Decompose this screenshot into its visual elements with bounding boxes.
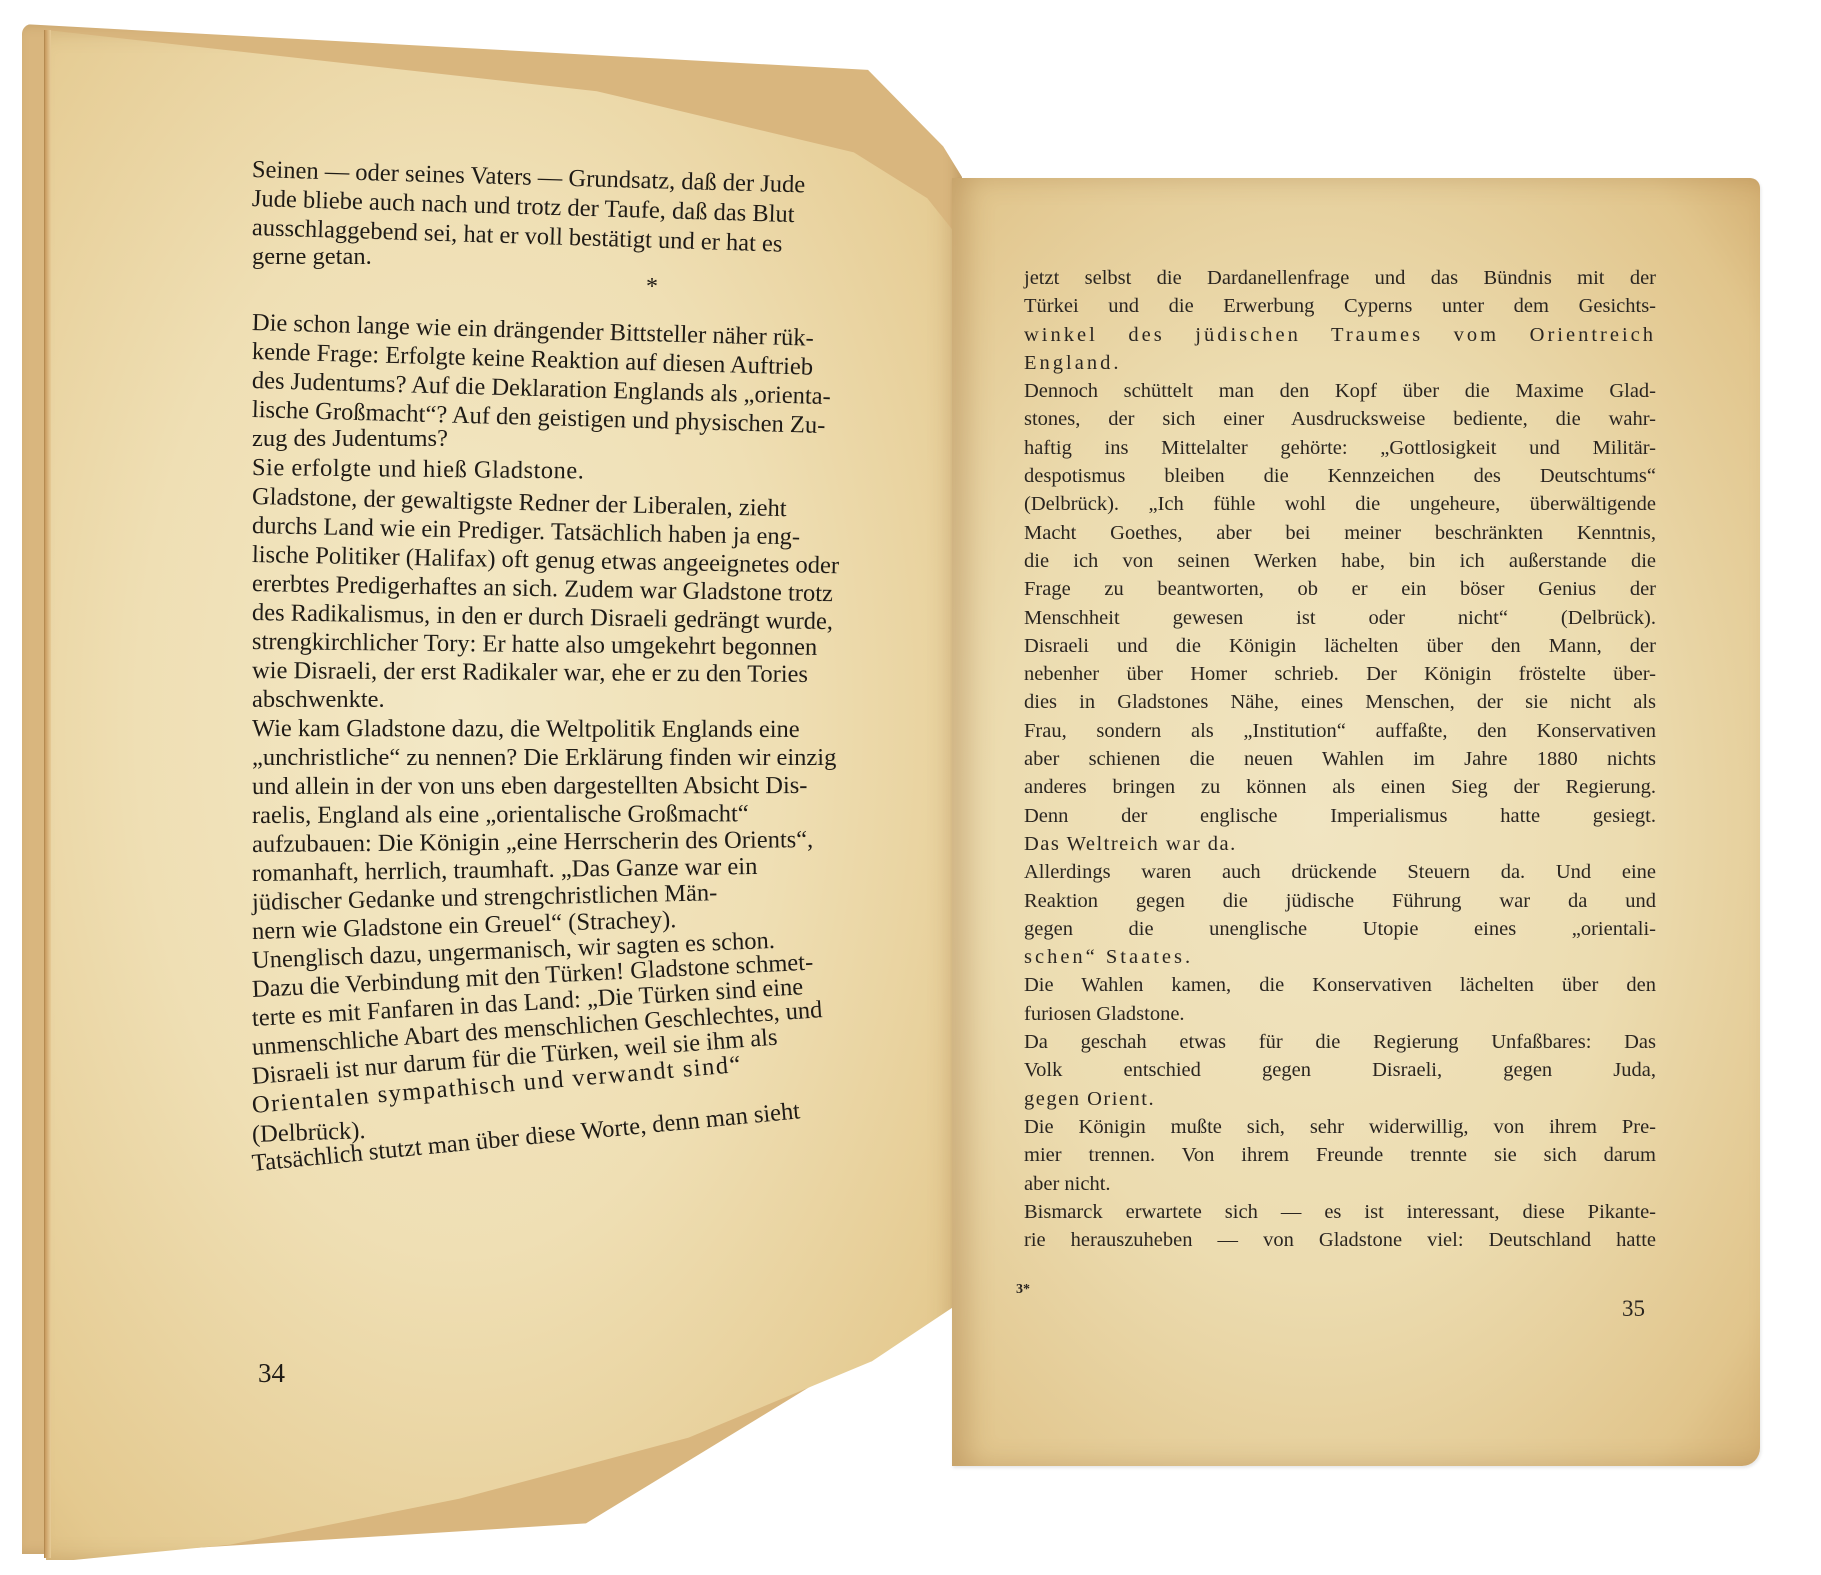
text-line: und allein in der von uns eben dargestel…	[252, 771, 932, 801]
text-line: despotismus bleiben die Kennzeichen des …	[1024, 462, 1656, 490]
text-line: stones, der sich einer Ausdrucksweise be…	[1024, 405, 1656, 433]
text-line: nebenher über Homer schrieb. Der Königin…	[1024, 660, 1656, 688]
text-line: Wie kam Gladstone dazu, die Weltpolitik …	[252, 714, 932, 744]
section-divider-asterisk: *	[252, 273, 932, 302]
text-line: mier trennen. Von ihrem Freunde trennte …	[1024, 1141, 1656, 1169]
text-line: (Delbrück). „Ich fühle wohl die ungeheur…	[1024, 490, 1656, 518]
text-line: furiosen Gladstone.	[1024, 1000, 1656, 1028]
printer-signature-mark: 3*	[1016, 1282, 1030, 1298]
text-line: Denn der englische Imperialismus hatte g…	[1024, 802, 1656, 830]
text-line: jetzt selbst die Dardanellenfrage und da…	[1024, 264, 1656, 292]
text-line: schen“ Staates.	[1024, 943, 1656, 971]
text-line: Reaktion gegen die jüdische Führung war …	[1024, 887, 1656, 915]
text-line: haftig ins Mittelalter gehörte: „Gottlos…	[1024, 434, 1656, 462]
text-line: Frage zu beantworten, ob er ein böser Ge…	[1024, 575, 1656, 603]
text-line: Das Weltreich war da.	[1024, 830, 1656, 858]
text-line: Menschheit gewesen ist oder nicht“ (Delb…	[1024, 604, 1656, 632]
text-line: Die Wahlen kamen, die Konservativen läch…	[1024, 971, 1656, 999]
text-line: Allerdings waren auch drückende Steuern …	[1024, 858, 1656, 886]
text-line: Da geschah etwas für die Regierung Unfaß…	[1024, 1028, 1656, 1056]
text-line: Disraeli und die Königin lächelten über …	[1024, 632, 1656, 660]
text-line: Die Königin mußte sich, sehr widerwillig…	[1024, 1113, 1656, 1141]
page-number-left: 34	[258, 1358, 285, 1389]
text-line: rie herauszuheben — von Gladstone viel: …	[1024, 1226, 1656, 1254]
text-line: abschwenkte.	[252, 685, 932, 714]
text-line: Bismarck erwartete sich — es ist interes…	[1024, 1198, 1656, 1226]
text-line: England.	[1024, 349, 1656, 377]
text-line: Türkei und die Erwerbung Cyperns unter d…	[1024, 292, 1656, 320]
text-line: Frau, sondern als „Institution“ auffaßte…	[1024, 717, 1656, 745]
text-line: die ich von seinen Werken habe, bin ich …	[1024, 547, 1656, 575]
right-page-text: jetzt selbst die Dardanellenfrage und da…	[1024, 264, 1656, 1254]
page-number-right: 35	[1622, 1296, 1645, 1322]
text-line: gegen die unenglische Utopie eines „orie…	[1024, 915, 1656, 943]
text-line: wie Disraeli, der erst Radikaler war, eh…	[252, 656, 932, 690]
open-book-spread: Seinen — oder seines Vaters — Grundsatz,…	[0, 0, 1821, 1575]
text-line: aber nicht.	[1024, 1170, 1656, 1198]
left-page-edge	[44, 30, 51, 1558]
text-line: Dennoch schüttelt man den Kopf über die …	[1024, 377, 1656, 405]
text-line: „unchristliche“ zu nennen? Die Erklärung…	[252, 743, 932, 772]
text-line: Volk entschied gegen Disraeli, gegen Jud…	[1024, 1056, 1656, 1084]
text-line: gegen Orient.	[1024, 1085, 1656, 1113]
text-line: aber schienen die neuen Wahlen im Jahre …	[1024, 745, 1656, 773]
text-line: Macht Goethes, aber bei meiner beschränk…	[1024, 519, 1656, 547]
text-line: winkel des jüdischen Traumes vom Orientr…	[1024, 321, 1656, 349]
left-page-text: Seinen — oder seines Vaters — Grundsatz,…	[252, 155, 932, 1178]
text-line: anderes bringen zu können als einen Sieg…	[1024, 773, 1656, 801]
text-line: dies in Gladstones Nähe, eines Menschen,…	[1024, 688, 1656, 716]
